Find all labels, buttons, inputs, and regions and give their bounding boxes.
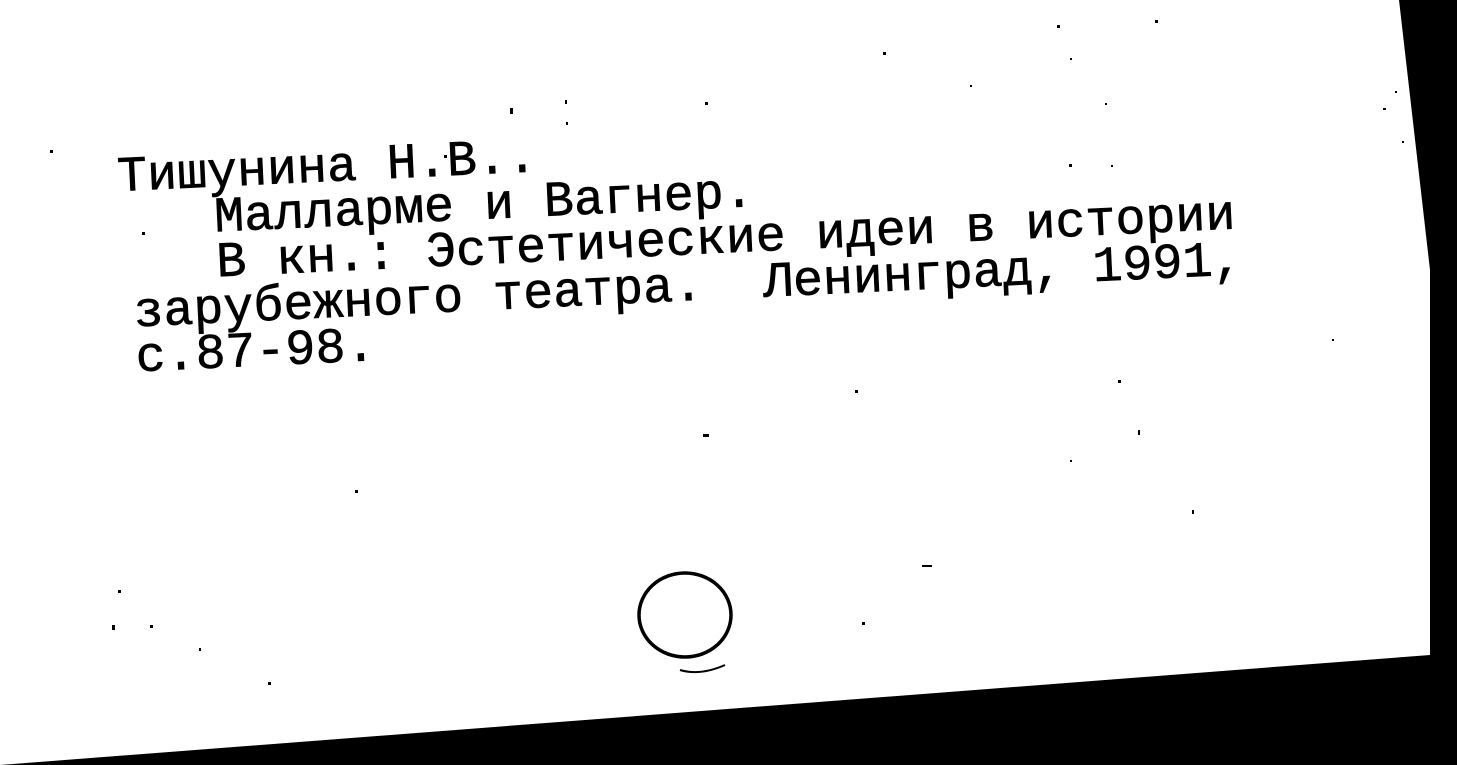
catalog-card: Тишунина Н.В.. Малларме и Вагнер. В кн.:… — [0, 0, 1457, 765]
pages-line: с.87-98. — [135, 323, 377, 384]
typed-entry: Тишунина Н.В.. Малларме и Вагнер. В кн.:… — [0, 0, 1457, 765]
